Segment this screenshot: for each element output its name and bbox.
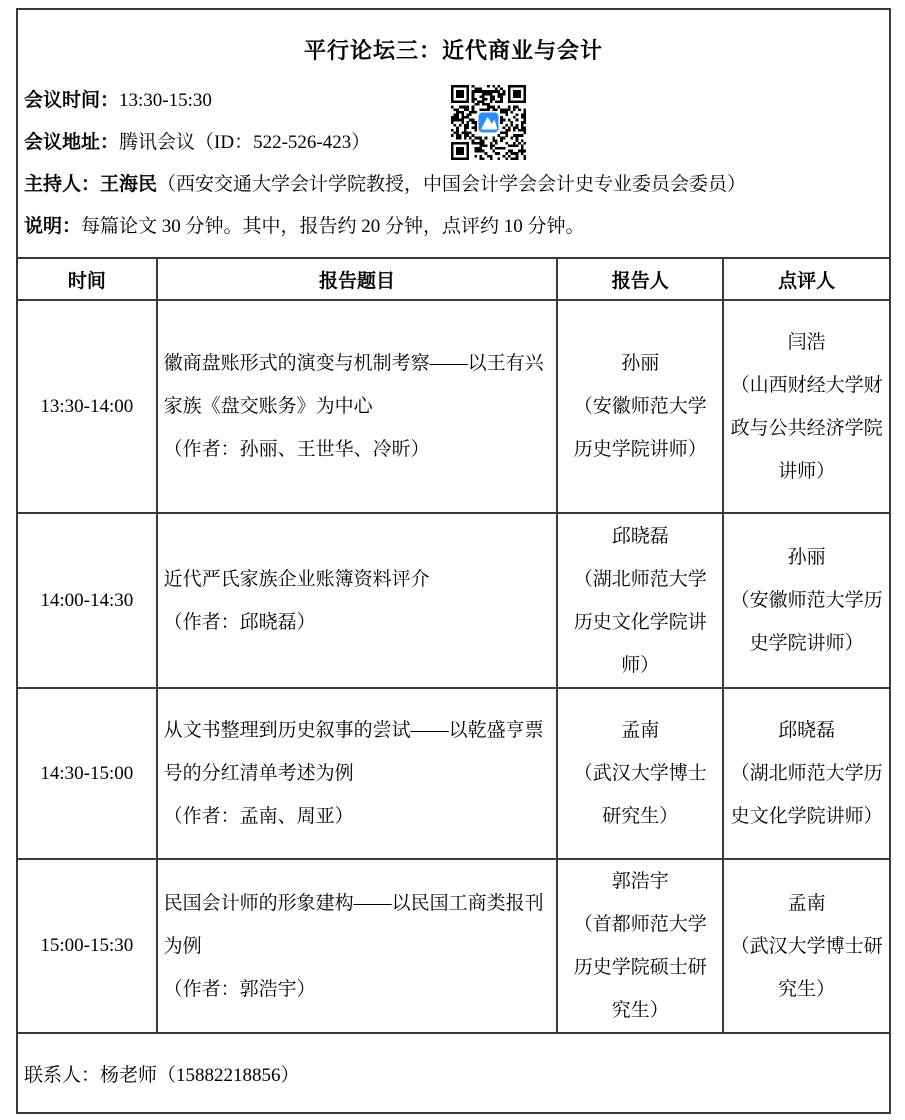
meeting-address-label: 会议地址： xyxy=(24,132,119,153)
col-header-time: 时间 xyxy=(17,258,157,300)
table-row: 13:30-14:00 徽商盘账形式的演变与机制考察——以王有兴家族《盘交账务》… xyxy=(17,300,890,513)
commentator-cell: 孟南 （武汉大学博士研究生） xyxy=(723,859,890,1033)
commentator-name: 邱晓磊 xyxy=(730,709,883,752)
tencent-meeting-logo-icon xyxy=(478,112,498,132)
paper-authors: （作者：邱晓磊） xyxy=(164,601,551,644)
session-topic: 民国会计师的形象建构——以民国工商类报刊为例 （作者：郭浩宇） xyxy=(157,859,558,1033)
presenter-affiliation: （武汉大学博士研究生） xyxy=(564,752,716,838)
forum-table: 平行论坛三：近代商业与会计 会议时间：13:30-15:30 会议地址：腾讯会议… xyxy=(16,8,891,1114)
session-time: 15:00-15:30 xyxy=(17,859,157,1033)
commentator-name: 孟南 xyxy=(730,882,883,925)
presenter-cell: 孙丽 （安徽师范大学历史学院讲师） xyxy=(557,300,723,513)
host-line: 主持人：王海民（西安交通大学会计学院教授，中国会计学会会计史专业委员会委员） xyxy=(24,173,883,196)
presenter-name: 邱晓磊 xyxy=(564,515,716,558)
note-label: 说明： xyxy=(24,216,81,237)
tencent-meeting-qr-code xyxy=(451,85,526,160)
meeting-time-value: 13:30-15:30 xyxy=(119,90,212,111)
commentator-cell: 闫浩 （山西财经大学财政与公共经济学院讲师） xyxy=(723,300,890,513)
paper-authors: （作者：孟南、周亚） xyxy=(164,795,551,838)
note-line: 说明：每篇论文 30 分钟。其中，报告约 20 分钟，点评约 10 分钟。 xyxy=(24,215,883,238)
presenter-name: 孟南 xyxy=(564,709,716,752)
presenter-cell: 郭浩宇 （首都师范大学历史学院硕士研究生） xyxy=(557,859,723,1033)
col-header-topic: 报告题目 xyxy=(157,258,558,300)
commentator-affiliation: （武汉大学博士研究生） xyxy=(730,925,883,1011)
session-time: 13:30-14:00 xyxy=(17,300,157,513)
presenter-name: 孙丽 xyxy=(564,342,716,385)
host-desc: （西安交通大学会计学院教授，中国会计学会会计史专业委员会委员） xyxy=(157,174,746,195)
presenter-affiliation: （湖北师范大学历史文化学院讲师） xyxy=(564,558,716,687)
paper-authors: （作者：孙丽、王世华、冷昕） xyxy=(164,428,551,471)
meeting-address-value: 腾讯会议（ID：522-526-423） xyxy=(119,132,370,153)
commentator-affiliation: （安徽师范大学历史学院讲师） xyxy=(730,579,883,665)
presenter-affiliation: （安徽师范大学历史学院讲师） xyxy=(564,385,716,471)
host-name: 王海民 xyxy=(100,174,157,195)
table-row: 15:00-15:30 民国会计师的形象建构——以民国工商类报刊为例 （作者：郭… xyxy=(17,859,890,1033)
session-topic: 徽商盘账形式的演变与机制考察——以王有兴家族《盘交账务》为中心 （作者：孙丽、王… xyxy=(157,300,558,513)
paper-authors: （作者：郭浩宇） xyxy=(164,968,551,1011)
session-topic: 近代严氏家族企业账簿资料评介 （作者：邱晓磊） xyxy=(157,513,558,688)
col-header-presenter: 报告人 xyxy=(557,258,723,300)
contact-line: 联系人：杨老师（15882218856） xyxy=(17,1033,890,1113)
col-header-commentator: 点评人 xyxy=(723,258,890,300)
commentator-affiliation: （山西财经大学财政与公共经济学院讲师） xyxy=(730,364,883,493)
commentator-name: 闫浩 xyxy=(730,321,883,364)
session-topic: 从文书整理到历史叙事的尝试——以乾盛亨票号的分红清单考述为例 （作者：孟南、周亚… xyxy=(157,688,558,859)
commentator-name: 孙丽 xyxy=(730,536,883,579)
note-value: 每篇论文 30 分钟。其中，报告约 20 分钟，点评约 10 分钟。 xyxy=(81,216,585,237)
commentator-cell: 孙丽 （安徽师范大学历史学院讲师） xyxy=(723,513,890,688)
session-time: 14:00-14:30 xyxy=(17,513,157,688)
meeting-time-label: 会议时间： xyxy=(24,90,119,111)
forum-schedule-sheet: 平行论坛三：近代商业与会计 会议时间：13:30-15:30 会议地址：腾讯会议… xyxy=(16,8,891,1114)
table-row: 14:00-14:30 近代严氏家族企业账簿资料评介 （作者：邱晓磊） 邱晓磊 … xyxy=(17,513,890,688)
session-time: 14:30-15:00 xyxy=(17,688,157,859)
presenter-name: 郭浩宇 xyxy=(564,860,716,903)
commentator-cell: 邱晓磊 （湖北师范大学历史文化学院讲师） xyxy=(723,688,890,859)
paper-title: 从文书整理到历史叙事的尝试——以乾盛亨票号的分红清单考述为例 xyxy=(164,709,551,795)
paper-title: 近代严氏家族企业账簿资料评介 xyxy=(164,558,551,601)
forum-header-cell: 平行论坛三：近代商业与会计 会议时间：13:30-15:30 会议地址：腾讯会议… xyxy=(17,9,890,258)
host-label: 主持人： xyxy=(24,174,100,195)
table-row: 14:30-15:00 从文书整理到历史叙事的尝试——以乾盛亨票号的分红清单考述… xyxy=(17,688,890,859)
paper-title: 徽商盘账形式的演变与机制考察——以王有兴家族《盘交账务》为中心 xyxy=(164,342,551,428)
commentator-affiliation: （湖北师范大学历史文化学院讲师） xyxy=(730,752,883,838)
presenter-affiliation: （首都师范大学历史学院硕士研究生） xyxy=(564,903,716,1032)
presenter-cell: 孟南 （武汉大学博士研究生） xyxy=(557,688,723,859)
paper-title: 民国会计师的形象建构——以民国工商类报刊为例 xyxy=(164,882,551,968)
page-title: 平行论坛三：近代商业与会计 xyxy=(24,34,883,65)
presenter-cell: 邱晓磊 （湖北师范大学历史文化学院讲师） xyxy=(557,513,723,688)
